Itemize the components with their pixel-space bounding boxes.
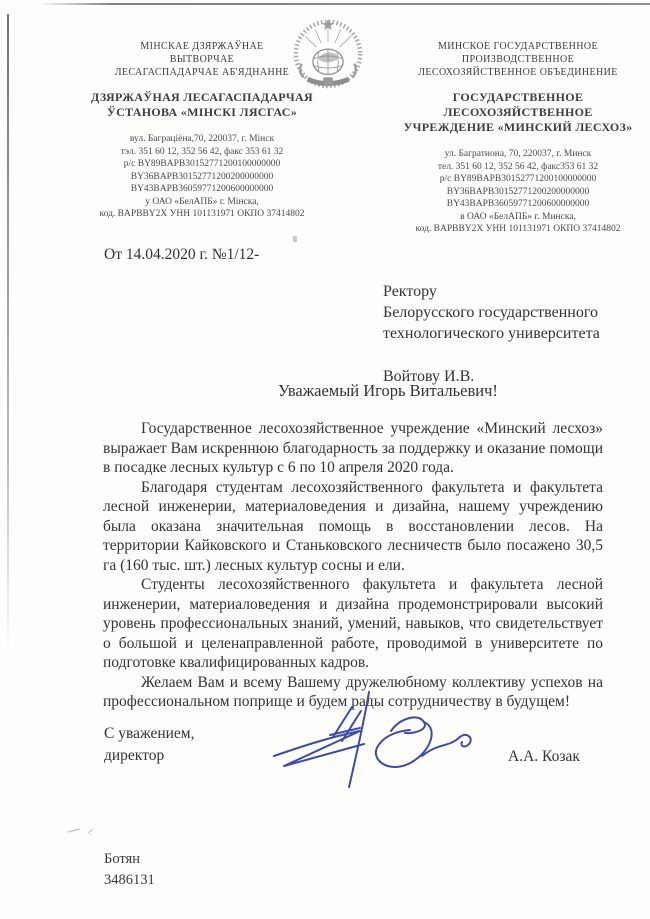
body-paragraph: Благодаря студентам лесохозяйственного ф… bbox=[103, 478, 603, 576]
addressee-block: Ректору Белорусского государственного те… bbox=[383, 281, 600, 387]
letterhead-russian-column: МИНСКОЕ ГОСУДАРСТВЕННОЕ ПРОИЗВОДСТВЕННОЕ… bbox=[390, 40, 646, 236]
executor-block: Ботян 3486131 bbox=[104, 849, 155, 891]
scanned-letter-page: МІНСКАЕ ДЗЯРЖАЎНАЕ ВЫТВОРЧАЕ ЛЕСАГАСПАДА… bbox=[0, 0, 650, 919]
address-block: вул. Баграціёна,70, 220037, г. Мінск тэл… bbox=[58, 133, 346, 221]
executor-phone: 3486131 bbox=[104, 870, 155, 891]
institution-name-line: ЎСТАНОВА «МІНСКІ ЛЯСГАС» bbox=[58, 105, 346, 120]
closing-block: С уважением, директор bbox=[104, 723, 195, 767]
address-line: тэл. 351 60 12, 352 56 42, факс 353 61 3… bbox=[58, 146, 346, 159]
address-line: BY43BAPB36059771200600000000 bbox=[390, 198, 646, 211]
address-line: код. BAPBBY2X УНН 101131971 ОКПО 3741480… bbox=[58, 208, 346, 221]
address-line: тел. 351 60 12, 352 56 42, факс353 61 32 bbox=[390, 161, 646, 174]
body-paragraph: Государственное лесохозяйственное учрежд… bbox=[103, 419, 603, 478]
institution-name-line: УЧРЕЖДЕНИЕ «МИНСКИЙ ЛЕСХОЗ» bbox=[390, 120, 646, 135]
salutation: Уважаемый Игорь Витальевич! bbox=[278, 381, 498, 401]
address-line: у ОАО «БелАПБ» г. Мінска, bbox=[58, 196, 346, 209]
scan-edge-left bbox=[7, 14, 9, 654]
institution-name: ДЗЯРЖАЎНАЯ ЛЕСАГАСПАДАРЧАЯ ЎСТАНОВА «МІН… bbox=[58, 90, 346, 120]
signer-name: А.А. Козак bbox=[508, 748, 580, 766]
letter-body: Государственное лесохозяйственное учрежд… bbox=[103, 419, 603, 712]
executor-name: Ботян bbox=[104, 849, 155, 870]
address-line: р/с BY89BAPB30152771200100000000 bbox=[58, 158, 346, 171]
address-block: ул. Багратиона, 70, 220037, г. Минск тел… bbox=[390, 148, 646, 236]
address-line: вул. Баграціёна,70, 220037, г. Мінск bbox=[58, 133, 346, 146]
addressee-line: технологического университета bbox=[383, 323, 600, 344]
pencil-check-mark-icon bbox=[66, 824, 106, 838]
address-line: ул. Багратиона, 70, 220037, г. Минск bbox=[390, 148, 646, 161]
addressee-line: Ректору bbox=[383, 281, 600, 302]
institution-name-line: ГОСУДАРСТВЕННОЕ ЛЕСОХОЗЯЙСТВЕННОЕ bbox=[390, 90, 646, 120]
scan-speck bbox=[293, 236, 297, 242]
address-line: BY36BAPB30152771200200000000 bbox=[58, 171, 346, 184]
signer-title: директор bbox=[104, 745, 195, 767]
address-line: в ОАО «БелАПБ» г. Минска, bbox=[390, 211, 646, 224]
closing-regards: С уважением, bbox=[104, 723, 195, 745]
address-line: код. BAPBBY2X УНН 101131971 ОКПО 3741480… bbox=[390, 223, 646, 236]
scan-edge-top bbox=[38, 3, 650, 5]
address-line: р/с BY89BAPB30152771200100000000 bbox=[390, 173, 646, 186]
belarus-coat-of-arms-icon bbox=[289, 13, 367, 91]
org-name-line: ПРОИЗВОДСТВЕННОЕ bbox=[390, 53, 646, 66]
director-signature-icon bbox=[270, 690, 485, 808]
institution-name-line: ДЗЯРЖАЎНАЯ ЛЕСАГАСПАДАРЧАЯ bbox=[58, 90, 346, 105]
org-name-line: МИНСКОЕ ГОСУДАРСТВЕННОЕ bbox=[390, 40, 646, 53]
org-name-line: ЛЕСОХОЗЯЙСТВЕННОЕ ОБЪЕДИНЕНИЕ bbox=[390, 66, 646, 79]
body-paragraph: Студенты лесохозяйственного факультета и… bbox=[103, 575, 603, 673]
address-line: BY43BAPB36059771200600000000 bbox=[58, 183, 346, 196]
addressee-line: Белорусского государственного bbox=[383, 302, 600, 323]
institution-name: ГОСУДАРСТВЕННОЕ ЛЕСОХОЗЯЙСТВЕННОЕ УЧРЕЖД… bbox=[390, 90, 646, 135]
reference-date-line: От 14.04.2020 г. №1/12- bbox=[104, 246, 259, 264]
address-line: BY36BAPB30152771200200000000 bbox=[390, 186, 646, 199]
